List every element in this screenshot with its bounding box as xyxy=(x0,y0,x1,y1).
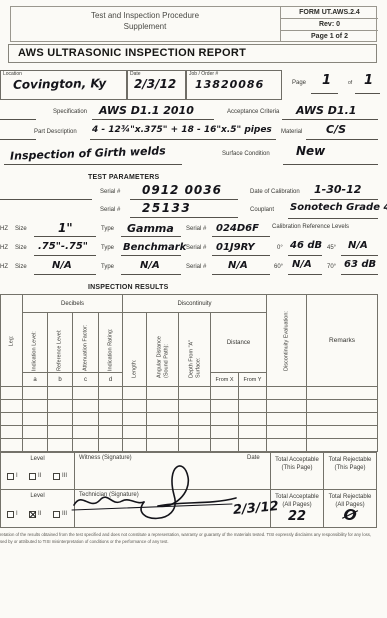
technician-signature-scrawl xyxy=(62,453,242,527)
discontinuity-evaluation-label: Discontinuity Evaluation: xyxy=(283,299,290,383)
transducer-serial-label: Serial # xyxy=(186,226,206,232)
results-empty-cell xyxy=(23,400,48,413)
results-empty-cell xyxy=(267,439,307,452)
page-total-value: 1 xyxy=(364,73,373,88)
results-empty-cell xyxy=(23,439,48,452)
results-empty-cell xyxy=(147,387,179,400)
form-number: FORM UT.AWS.2.4 xyxy=(281,7,378,19)
results-empty-cell xyxy=(73,387,99,400)
cal-angle-60-label: 60° xyxy=(274,264,283,270)
col-header-length: Length: xyxy=(123,313,147,387)
left-stub-line xyxy=(0,199,92,200)
cal-angle-70-label: 70° xyxy=(327,264,336,270)
results-empty-cell xyxy=(23,413,48,426)
col-header-discontinuity-evaluation: Discontinuity Evaluation: xyxy=(267,295,307,387)
results-empty-cell xyxy=(307,387,378,400)
results-empty-cell xyxy=(239,426,267,439)
weld-note-value: Inspection of Girth welds xyxy=(10,144,166,162)
results-empty-cell xyxy=(99,387,123,400)
surface-condition-label: Surface Condition xyxy=(222,151,270,157)
results-empty-cell xyxy=(73,439,99,452)
results-empty-cell xyxy=(23,387,48,400)
results-empty-cell xyxy=(147,400,179,413)
results-empty-cell xyxy=(73,413,99,426)
results-empty-cell xyxy=(73,426,99,439)
results-empty-cell xyxy=(267,387,307,400)
results-empty-cell xyxy=(48,400,73,413)
results-empty-cell xyxy=(179,426,211,439)
transducer-type-value: N/A xyxy=(140,260,160,271)
results-empty-row xyxy=(1,387,378,400)
results-empty-cell xyxy=(179,387,211,400)
results-body xyxy=(1,387,378,452)
results-empty-cell xyxy=(211,387,239,400)
results-empty-row xyxy=(1,400,378,413)
transducer-serial-value: 024D6F xyxy=(216,223,259,234)
transducer-size-line xyxy=(34,255,96,256)
part-description-line xyxy=(90,139,276,140)
cal-angle-45-line xyxy=(341,255,378,256)
transducer-type-label: Type xyxy=(101,264,114,270)
transducer-serial-line xyxy=(212,236,270,237)
cal-angle-60-line xyxy=(288,274,322,275)
part-description-label: Part Description xyxy=(34,129,77,135)
sub-header-b: b xyxy=(48,373,73,387)
results-empty-row xyxy=(1,439,378,452)
disclaimer-line-1: retation of the results obtained from th… xyxy=(0,532,377,539)
results-empty-row xyxy=(1,426,378,439)
transducer-freq-label: HZ xyxy=(0,245,8,251)
acceptance-criteria-label: Acceptance Criteria xyxy=(227,109,279,115)
transducer-serial-line xyxy=(212,255,270,256)
transducer-size-line xyxy=(34,236,96,237)
witness-date-label: Date xyxy=(247,455,260,461)
transducer-serial-value: 01J9RY xyxy=(216,242,255,253)
total-rejectable-page-cell: Total Rejectable (This Page) xyxy=(323,452,377,490)
gauge-serial-label: Serial # xyxy=(100,207,120,213)
gauge-serial-value: 25133 xyxy=(142,201,191,215)
procedure-subtitle: Supplement xyxy=(11,22,279,33)
results-empty-cell xyxy=(123,387,147,400)
results-empty-cell xyxy=(239,387,267,400)
results-empty-cell xyxy=(123,413,147,426)
results-table: Leg: Decibels Discontinuity Discontinuit… xyxy=(0,294,378,452)
location-value: Covington, Ky xyxy=(13,76,107,92)
inspection-results-heading: INSPECTION RESULTS xyxy=(88,284,168,291)
procedure-title-block: Test and Inspection Procedure Supplement xyxy=(11,11,279,33)
results-empty-cell xyxy=(48,439,73,452)
transducer-size-value: 1" xyxy=(58,221,73,235)
transducer-serial-line xyxy=(212,274,270,275)
transducer-serial-label: Serial # xyxy=(186,245,206,251)
technician-level-iii-checkbox xyxy=(53,511,60,518)
date-value: 2/3/12 xyxy=(134,77,176,91)
results-empty-cell xyxy=(99,439,123,452)
results-empty-cell xyxy=(211,439,239,452)
indication-level-label: Indication Level: xyxy=(32,315,39,371)
results-empty-cell xyxy=(1,400,23,413)
results-empty-cell xyxy=(147,426,179,439)
page-number-line xyxy=(311,93,338,94)
col-header-indication-rating: Indication Rating: xyxy=(99,313,123,373)
material-line xyxy=(306,139,378,140)
total-acceptable-all-label: Total Acceptable (All Pages) xyxy=(272,493,322,509)
cal-angle-45-label: 45° xyxy=(327,245,336,251)
procedure-header-box: Test and Inspection Procedure Supplement… xyxy=(10,6,377,42)
job-order-value: 13820086 xyxy=(195,78,264,91)
report-title: AWS ULTRASONIC INSPECTION REPORT xyxy=(18,47,246,59)
results-empty-cell xyxy=(307,400,378,413)
calibration-date-label: Date of Calibration xyxy=(250,189,300,195)
col-header-leg: Leg: xyxy=(1,295,23,387)
witness-level-ii-checkbox xyxy=(29,473,36,480)
form-revision: Rev: 0 xyxy=(281,19,378,31)
page-label: Page xyxy=(292,80,306,86)
witness-level-i-label: I xyxy=(16,473,18,479)
sub-header-a: a xyxy=(23,373,48,387)
transducer-type-line xyxy=(121,255,181,256)
technician-level-i-label: I xyxy=(16,511,18,517)
transducer-type-label: Type xyxy=(101,226,114,232)
col-header-depth: Depth From "A" Surface: xyxy=(179,313,211,387)
specification-value: AWS D1.1 2010 xyxy=(99,104,194,117)
transducer-size-value: .75"-.75" xyxy=(38,241,88,252)
total-acceptable-page-cell: Total Acceptable (This Page) xyxy=(270,452,324,490)
results-empty-cell xyxy=(239,413,267,426)
span-header-distance: Distance xyxy=(211,313,267,373)
results-empty-cell xyxy=(179,413,211,426)
calibration-date-value: 1-30-12 xyxy=(314,183,361,196)
disclaimer-line-2: sed by or attributed to TISI misinterpre… xyxy=(0,539,377,546)
material-label: Material xyxy=(281,129,302,135)
results-empty-cell xyxy=(1,439,23,452)
couplant-line xyxy=(288,218,378,219)
results-empty-cell xyxy=(1,426,23,439)
results-empty-cell xyxy=(267,426,307,439)
couplant-label: Couplant xyxy=(250,207,274,213)
results-empty-cell xyxy=(123,439,147,452)
results-empty-cell xyxy=(123,426,147,439)
surface-condition-line xyxy=(283,164,378,165)
results-empty-row xyxy=(1,413,378,426)
sub-header-d: d xyxy=(99,373,123,387)
results-empty-cell xyxy=(307,413,378,426)
results-empty-cell xyxy=(267,413,307,426)
transducer-type-value: Benchmark xyxy=(123,242,186,253)
results-empty-cell xyxy=(48,413,73,426)
col-header-indication-level: Indication Level: xyxy=(23,313,48,373)
total-rejectable-all-cell: Total Rejectable (All Pages) Ø xyxy=(323,489,377,528)
results-empty-cell xyxy=(211,426,239,439)
results-empty-cell xyxy=(211,400,239,413)
witness-level-iii-checkbox xyxy=(53,473,60,480)
sub-header-from-y: From Y xyxy=(239,373,267,387)
results-empty-cell xyxy=(23,426,48,439)
specification-line xyxy=(92,119,214,120)
results-empty-cell xyxy=(307,426,378,439)
col-header-angular-distance: Angular Distance (Sound Path): xyxy=(147,313,179,387)
transducer-type-label: Type xyxy=(101,245,114,251)
part-description-value: 4 - 12¾"x.375" + 18 - 16"x.5" pipes xyxy=(92,125,272,135)
specification-label: Specification xyxy=(53,109,87,115)
page-number-value: 1 xyxy=(322,73,331,88)
calibration-date-line xyxy=(310,199,378,200)
calibration-ref-heading: Calibration Reference Levels xyxy=(272,224,349,230)
col-header-attenuation-factor: Attenuation Factor: xyxy=(73,313,99,373)
instrument-serial-label: Serial # xyxy=(100,189,120,195)
transducer-freq-label: HZ xyxy=(0,264,8,270)
procedure-title: Test and Inspection Procedure xyxy=(11,11,279,22)
transducer-size-line xyxy=(34,274,96,275)
transducer-size-label: Size xyxy=(15,226,27,232)
job-order-label: Job / Order # xyxy=(189,71,218,77)
transducer-size-label: Size xyxy=(15,264,27,270)
left-stub-line xyxy=(0,119,36,120)
leg-label: Leg: xyxy=(8,299,15,383)
form-page-of: Page 1 of 2 xyxy=(281,31,378,42)
cal-angle-60-value: N/A xyxy=(292,259,312,270)
results-empty-cell xyxy=(147,439,179,452)
reference-level-label: Reference Level: xyxy=(57,315,64,371)
transducer-size-label: Size xyxy=(15,245,27,251)
results-empty-cell xyxy=(48,387,73,400)
sub-header-from-x: From X xyxy=(211,373,239,387)
results-empty-cell xyxy=(267,400,307,413)
total-rejectable-page-label: Total Rejectable (This Page) xyxy=(325,456,375,472)
cal-angle-70-line xyxy=(341,274,378,275)
couplant-value: Sonotech Grade 40 xyxy=(290,202,387,213)
results-empty-cell xyxy=(211,413,239,426)
technician-level-i-checkbox xyxy=(7,511,14,518)
left-stub-line xyxy=(0,139,36,140)
page-of-label: of xyxy=(348,80,352,86)
form-meta-box: FORM UT.AWS.2.4 Rev: 0 Page 1 of 2 xyxy=(280,7,378,41)
material-value: C/S xyxy=(326,123,346,136)
results-empty-cell xyxy=(48,426,73,439)
transducer-type-line xyxy=(121,274,181,275)
instrument-serial-value: 0912 0036 xyxy=(142,183,222,197)
results-empty-cell xyxy=(99,413,123,426)
witness-level-ii-label: II xyxy=(38,473,41,479)
attenuation-factor-label: Attenuation Factor: xyxy=(82,315,89,371)
scanned-inspection-report: Test and Inspection Procedure Supplement… xyxy=(0,0,387,618)
transducer-serial-label: Serial # xyxy=(186,264,206,270)
results-empty-cell xyxy=(307,439,378,452)
acceptance-criteria-line xyxy=(282,119,378,120)
results-empty-cell xyxy=(239,439,267,452)
span-header-decibels: Decibels xyxy=(23,295,123,313)
span-header-discontinuity: Discontinuity xyxy=(123,295,267,313)
col-header-reference-level: Reference Level: xyxy=(48,313,73,373)
cal-angle-45-value: N/A xyxy=(348,240,368,251)
sub-header-c: c xyxy=(73,373,99,387)
technician-level-ii-label: II xyxy=(38,511,41,517)
acceptance-criteria-value: AWS D1.1 xyxy=(296,104,356,117)
cal-angle-70-value: 63 dB xyxy=(344,259,376,270)
angular-distance-label: Angular Distance (Sound Path): xyxy=(156,322,169,378)
technician-level-ii-checkbox xyxy=(29,511,36,518)
transducer-type-value: Gamma xyxy=(127,222,174,235)
surface-condition-value: New xyxy=(296,144,325,158)
indication-rating-label: Indication Rating: xyxy=(107,315,114,371)
results-empty-cell xyxy=(179,400,211,413)
results-empty-cell xyxy=(73,400,99,413)
results-empty-cell xyxy=(239,400,267,413)
length-label: Length: xyxy=(131,322,138,378)
test-parameters-heading: TEST PARAMETERS xyxy=(88,174,159,181)
weld-note-line xyxy=(4,164,182,165)
gauge-serial-line xyxy=(130,217,238,218)
results-empty-cell xyxy=(99,400,123,413)
col-header-remarks: Remarks xyxy=(307,295,378,387)
results-empty-cell xyxy=(1,413,23,426)
results-empty-cell xyxy=(1,387,23,400)
cal-angle-0-line xyxy=(288,255,322,256)
results-empty-cell xyxy=(99,426,123,439)
transducer-type-line xyxy=(121,236,181,237)
transducer-freq-label: HZ xyxy=(0,226,8,232)
instrument-serial-line xyxy=(130,199,238,200)
transducer-size-value: N/A xyxy=(52,260,72,271)
depth-label: Depth From "A" Surface: xyxy=(188,322,201,378)
results-empty-cell xyxy=(147,413,179,426)
transducer-serial-value: N/A xyxy=(228,260,248,271)
total-acceptable-page-label: Total Acceptable (This Page) xyxy=(272,456,322,472)
page-total-line xyxy=(355,93,380,94)
location-label: Location xyxy=(3,71,22,77)
cal-angle-0-value: 46 dB xyxy=(290,240,322,251)
results-empty-cell xyxy=(123,400,147,413)
results-empty-cell xyxy=(179,439,211,452)
cal-angle-0-label: 0° xyxy=(277,245,283,251)
witness-level-i-checkbox xyxy=(7,473,14,480)
